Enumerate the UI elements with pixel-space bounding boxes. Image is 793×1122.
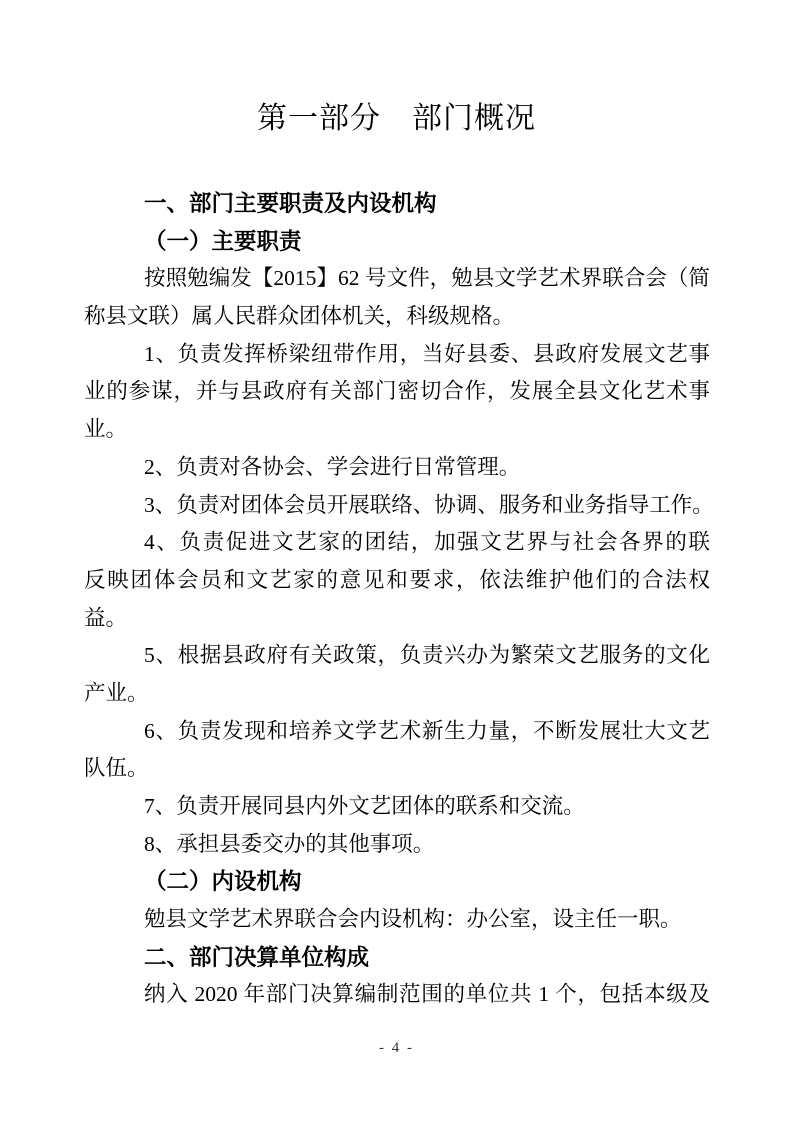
doc-line: （二）内设机构 <box>84 863 710 901</box>
doc-line: 称县文联）属人民群众团体机关，科级规格。 <box>84 298 710 336</box>
doc-line: 勉县文学艺术界联合会内设机构：办公室，设主任一职。 <box>84 901 710 939</box>
page-number: - 4 - <box>0 1038 793 1058</box>
doc-line: 业的参谋，并与县政府有关部门密切合作，发展全县文化艺术事 <box>84 373 710 411</box>
doc-line: 6、负责发现和培养文学艺术新生力量，不断发展壮大文艺 <box>84 713 710 751</box>
doc-line: 8、承担县委交办的其他事项。 <box>84 826 710 864</box>
doc-line: 二、部门决算单位构成 <box>84 939 710 977</box>
document-page: 第一部分 部门概况 一、部门主要职责及内设机构（一）主要职责按照勉编发【2015… <box>0 0 793 1122</box>
doc-line: 队伍。 <box>84 750 710 788</box>
doc-line: 5、根据县政府有关政策，负责兴办为繁荣文艺服务的文化 <box>84 637 710 675</box>
doc-line: 纳入 2020 年部门决算编制范围的单位共 1 个，包括本级及 <box>84 976 710 1014</box>
document-title: 第一部分 部门概况 <box>0 97 793 141</box>
doc-line: 产业。 <box>84 675 710 713</box>
doc-line: （一）主要职责 <box>84 223 710 261</box>
document-body: 一、部门主要职责及内设机构（一）主要职责按照勉编发【2015】62 号文件，勉县… <box>84 185 710 1014</box>
doc-line: 2、负责对各协会、学会进行日常管理。 <box>84 449 710 487</box>
doc-line: 7、负责开展同县内外文艺团体的联系和交流。 <box>84 788 710 826</box>
doc-line: 益。 <box>84 600 710 638</box>
doc-line: 3、负责对团体会员开展联络、协调、服务和业务指导工作。 <box>84 487 710 525</box>
doc-line: 按照勉编发【2015】62 号文件，勉县文学艺术界联合会（简 <box>84 260 710 298</box>
doc-line: 一、部门主要职责及内设机构 <box>84 185 710 223</box>
doc-line: 1、负责发挥桥梁纽带作用，当好县委、县政府发展文艺事 <box>84 336 710 374</box>
doc-line: 反映团体会员和文艺家的意见和要求，依法维护他们的合法权 <box>84 562 710 600</box>
doc-line: 业。 <box>84 411 710 449</box>
doc-line: 4、负责促进文艺家的团结，加强文艺界与社会各界的联系， <box>84 524 710 562</box>
